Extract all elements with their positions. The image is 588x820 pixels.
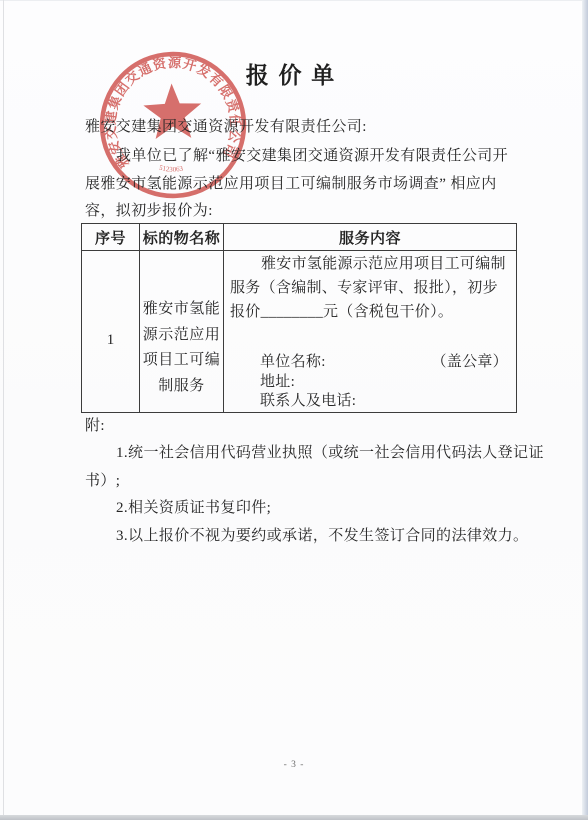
service-text-line-price-blank: 报价________元（含税包干价）。 [230,300,510,324]
page-number: - 3 - [0,760,588,770]
table-header-no: 序号 [82,224,139,250]
table-cell-subject-name: 雅安市氢能 源示范应用 项目工可编 制服务 [139,250,223,412]
scan-edge-right [582,0,588,820]
intro-paragraph: 我单位已了解“雅安交建集团交通资源开发有限责任公司开 展雅安市氢能源示范应用项目… [85,143,508,226]
note-item: 3.以上报价不视为要约或承诺，不发生签订合同的法律效力。 [85,523,544,550]
note-item: 1.统一社会信用代码营业执照（或统一社会信用代码法人登记证 [85,440,544,467]
unit-name-label: 单位名称: [260,353,326,373]
note-item: 2.相关资质证书复印件; [85,495,544,522]
scan-edge-top [0,0,588,1]
intro-line: 容，拟初步报价为: [85,198,508,226]
addressee-line: 雅安交建集团交通资源开发有限责任公司: [85,115,367,136]
table-header-service: 服务内容 [223,224,516,250]
contact-label: 联系人及电话: [260,392,510,412]
attachment-notes: 附: 1.统一社会信用代码营业执照（或统一社会信用代码法人登记证 书）; 2.相… [85,413,544,550]
intro-line: 我单位已了解“雅安交建集团交通资源开发有限责任公司开 [85,143,508,171]
document-title: 报 价 单 [0,57,582,90]
company-seal-note: （盖公章） [431,353,508,373]
scan-edge-bottom [0,815,588,820]
note-item-continuation: 书）; [85,468,544,495]
scan-edge-left [3,0,4,815]
notes-label: 附: [85,413,544,440]
quotation-table: 序号 标的物名称 服务内容 1 雅安市氢能 源示范应用 项目工可编 制服务 雅安… [81,223,517,413]
service-text-line: 雅安市氢能源示范应用项目工可编制 [230,252,510,276]
table-cell-service-content: 雅安市氢能源示范应用项目工可编制 服务（含编制、专家评审、报批），初步 报价__… [223,250,516,412]
table-cell-row-number: 1 [82,250,139,412]
address-label: 地址: [260,373,510,393]
table-header-subject: 标的物名称 [139,224,223,250]
bidder-info-block: 单位名称: （盖公章） 地址: 联系人及电话: [260,353,510,412]
quotation-document-page: 报 价 单 雅安交建集团交通资源开发有限责任公司 5123063 雅安交建集团交… [0,0,588,820]
service-text-line: 服务（含编制、专家评审、报批），初步 [230,276,510,300]
intro-line: 展雅安市氢能源示范应用项目工可编制服务市场调查” 相应内 [85,171,508,199]
